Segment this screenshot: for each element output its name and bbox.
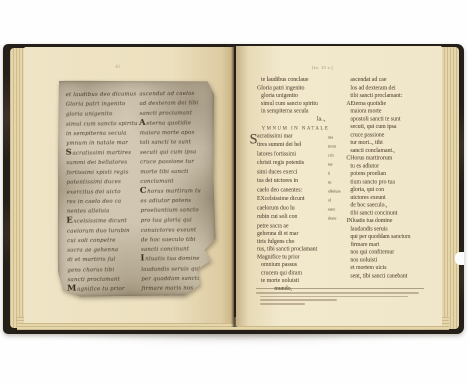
margin-word xyxy=(325,253,345,261)
margin-word: xl xyxy=(325,195,345,204)
transcription-column-1: te laudibus conclaue Gloria patri ingeni… xyxy=(257,76,345,292)
verse-row: simi duces exerciti xyxy=(257,168,345,177)
verse-row: Gloria patri ingenito xyxy=(257,84,345,92)
verse-row: tium sancto pro tua xyxy=(346,178,428,186)
verse-row: la.., xyxy=(257,115,345,123)
manuscript-initial: C xyxy=(140,186,147,196)
footnote-line xyxy=(256,292,419,294)
footnote-line xyxy=(260,299,337,301)
verse-row: los ad dexteram dei xyxy=(346,84,428,92)
manuscript-line: laudandis seruis qui xyxy=(141,263,209,273)
margin-word: cris xyxy=(325,150,345,159)
verse-row: tu es adiutor xyxy=(346,162,428,170)
margin-word: alleluia xyxy=(325,186,345,195)
footnote-block xyxy=(256,288,424,307)
verse-row: maiora morte xyxy=(346,107,428,115)
left-page: 40 et laudibus deo dicamus Gloria patri … xyxy=(24,47,234,323)
verse-row: te laudibus conclaue xyxy=(257,76,345,84)
manuscript-initial: A xyxy=(139,117,146,127)
verse-row: te morte uoluisti xyxy=(257,277,345,285)
manuscript-line: qui confitemur in xyxy=(141,292,209,296)
verse-row: potens proelian xyxy=(346,170,428,178)
edge-highlight xyxy=(455,252,464,265)
folio-header: [fo. 15 v.] xyxy=(312,65,333,70)
verse-row: CHorus martirorum xyxy=(346,154,428,162)
margin-word xyxy=(330,277,346,285)
verse-row: firmare mari xyxy=(346,240,428,248)
margin-word xyxy=(325,238,345,246)
verse-row: tus dei uictores intu: xyxy=(257,177,345,186)
margin-word: ma xyxy=(325,132,345,141)
verse-row: gloria unigenito xyxy=(257,92,345,100)
verse-row: caelo deo canentes:alleluia xyxy=(257,186,345,195)
footnote-line xyxy=(260,296,408,298)
verse-row: sent, tibi sancti canebant xyxy=(346,272,428,280)
margin-word xyxy=(330,269,346,277)
margin-word xyxy=(330,99,346,107)
page-stack-right-edge xyxy=(441,47,459,329)
manuscript-initial: E xyxy=(66,215,73,225)
verse-row: qui per quoddam sanctum xyxy=(346,233,428,241)
footnote-line xyxy=(260,303,305,305)
verse-row: crucem qui diram xyxy=(257,269,345,277)
margin-word xyxy=(330,107,346,115)
margin-word xyxy=(330,261,346,269)
margin-word xyxy=(325,230,345,238)
verse-row: laudandis seruis xyxy=(346,225,428,233)
manuscript-line: omnium passus xyxy=(67,293,135,297)
margin-word: trum xyxy=(325,141,345,150)
verse-row: Magnifice tu prior xyxy=(257,253,345,261)
margin-word xyxy=(330,92,346,100)
margin-word xyxy=(330,123,345,132)
verse-row: omnium passus xyxy=(257,261,345,269)
margin-word xyxy=(325,84,345,92)
verse-row: sancti conclamant., xyxy=(346,146,428,154)
manuscript-leaf: et laudibus deo dicamus Gloria patri ing… xyxy=(56,79,216,297)
verse-row: rus, tibi sancti proclamant xyxy=(257,245,345,253)
photo-background: 40 et laudibus deo dicamus Gloria patri … xyxy=(0,0,468,382)
verse-row: rubin cui soli contitate xyxy=(257,213,345,222)
verse-row: de hoc saeculo., xyxy=(346,201,428,209)
left-page-number: 40 xyxy=(115,64,120,69)
verse-row: gloria, qui con xyxy=(346,186,428,194)
manuscript-initial: M xyxy=(67,283,77,293)
transcription-column-2: ascendat ad cae los ad dexteram dei tibi… xyxy=(345,76,429,292)
verse-row: tiris fulgens cho xyxy=(257,238,345,246)
manuscript-column-2: ascendat ad caelos ad dexteram dei tibi … xyxy=(139,88,209,297)
verse-row: ascendat ad cae xyxy=(346,76,428,84)
margin-word: tas xyxy=(325,159,345,168)
manuscript-initial: S xyxy=(66,147,72,157)
verse-row: simul cum sancto spiritu xyxy=(257,99,345,107)
margin-word: titate xyxy=(325,213,345,222)
verse-row: et mortem uicis xyxy=(346,264,428,272)
verse-row: YMNUM IN NATALE xyxy=(257,123,345,132)
right-page: [fo. 15 v.] te laudibus conclaue Gloria … xyxy=(236,46,442,326)
margin-word: tu: xyxy=(325,177,345,186)
verse-row: tibi sancti proclamant: xyxy=(346,92,428,100)
transcription-columns: te laudibus conclaue Gloria patri ingeni… xyxy=(257,76,431,292)
manuscript-column-1: et laudibus deo dicamus Gloria patri ing… xyxy=(65,89,135,297)
margin-word: sanc xyxy=(325,204,345,213)
facsimile-plate: et laudibus deo dicamus Gloria patri ing… xyxy=(57,80,215,296)
verse-row: AEterna quotidie xyxy=(346,99,428,107)
verse-row: tur mort.., tibi xyxy=(346,139,428,147)
verse-row: cruce passione xyxy=(346,131,428,139)
margin-word xyxy=(335,115,345,123)
margin-word: ti xyxy=(325,168,345,177)
verse-row: nos qui confitemur xyxy=(346,248,428,256)
footnote-rule xyxy=(256,288,424,289)
verse-row: latores fortissimicris xyxy=(257,150,345,159)
verse-row: tibi sancti concinunt xyxy=(346,209,428,217)
manuscript-line: firmare maris nos xyxy=(141,283,209,293)
margin-word xyxy=(330,76,346,84)
manuscript-text: et laudibus deo dicamus Gloria patri ing… xyxy=(65,88,211,297)
verse-row: secuti, qui cum ipsa xyxy=(346,123,428,131)
verse-row: petre sacra ae xyxy=(257,222,345,230)
verse-row: uictores exeunt xyxy=(346,193,428,201)
verse-row: Sacratissimi marma xyxy=(257,132,345,141)
open-book: 40 et laudibus deo dicamus Gloria patri … xyxy=(3,44,464,334)
verse-row: gehenna di et mar xyxy=(257,230,345,238)
manuscript-initial: I xyxy=(140,254,144,264)
verse-row: EXcelsissime dicuntxl xyxy=(257,195,345,204)
margin-word xyxy=(325,245,345,253)
verse-row: in sempiterna secula xyxy=(257,107,345,115)
verse-row: apostoli sancti te sunt xyxy=(346,115,428,123)
verse-row: christi regis potentistas xyxy=(257,159,345,168)
margin-word xyxy=(325,222,345,230)
verse-row: INluatis tua domine xyxy=(346,217,428,225)
verse-row: nos uoluisti xyxy=(346,256,428,264)
verse-row: tires summi dei beltrum xyxy=(257,141,345,150)
verse-row: caelorum duo lusanc xyxy=(257,204,345,213)
